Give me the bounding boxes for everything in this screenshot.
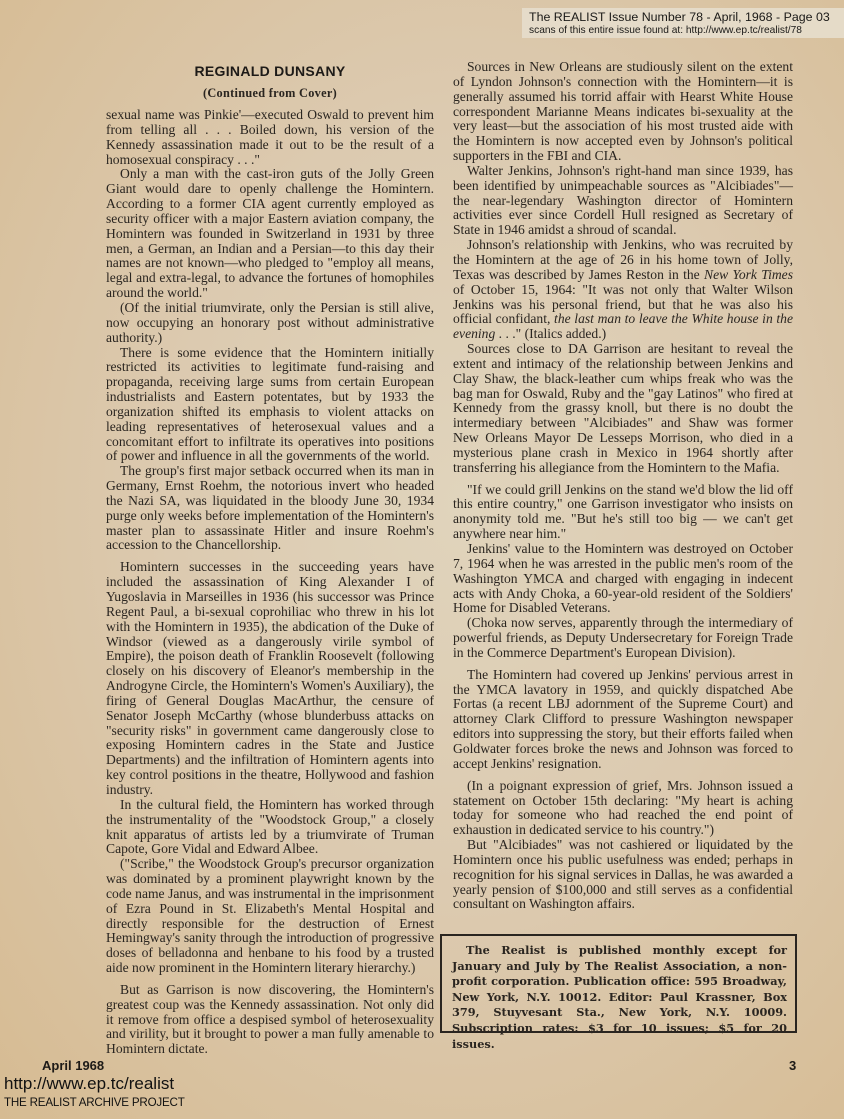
issue-title: The REALIST Issue Number 78 - April, 196… — [529, 10, 830, 24]
footer-date: April 1968 — [42, 1058, 104, 1073]
paragraph: In the cultural field, the Homintern has… — [106, 798, 434, 857]
paragraph: Walter Jenkins, Johnson's right-hand man… — [453, 164, 793, 238]
paragraph: Sources close to DA Garrison are hesitan… — [453, 342, 793, 476]
archive-header-banner: The REALIST Issue Number 78 - April, 196… — [522, 8, 844, 38]
paragraph: Sources in New Orleans are studiously si… — [453, 60, 793, 164]
paragraph: The group's first major setback occurred… — [106, 464, 434, 553]
left-column: sexual name was Pinkie'—executed Oswald … — [106, 108, 434, 1057]
publication-info-text: The Realist is published monthly except … — [452, 943, 787, 1052]
right-column: Sources in New Orleans are studiously si… — [453, 60, 793, 912]
publication-info-box: The Realist is published monthly except … — [440, 934, 797, 1033]
paragraph: "If we could grill Jenkins on the stand … — [453, 483, 793, 542]
paragraph: (Of the initial triumvirate, only the Pe… — [106, 301, 434, 346]
paragraph: There is some evidence that the Hominter… — [106, 346, 434, 465]
paragraph: Johnson's relationship with Jenkins, who… — [453, 238, 793, 342]
paragraph: Homintern successes in the succeeding ye… — [106, 560, 434, 798]
paragraph: sexual name was Pinkie'—executed Oswald … — [106, 108, 434, 167]
paragraph: The Homintern had covered up Jenkins' pe… — [453, 668, 793, 772]
italic-publication: New York Times — [704, 267, 793, 282]
paragraph: Jenkins' value to the Homintern was dest… — [453, 542, 793, 616]
paragraph: ("Scribe," the Woodstock Group's precurs… — [106, 857, 434, 976]
paragraph: (Choka now serves, apparently through th… — [453, 616, 793, 661]
archive-url-link[interactable]: http://www.ep.tc/realist — [4, 1074, 174, 1094]
archive-project-name: THE REALIST ARCHIVE PROJECT — [4, 1096, 185, 1109]
paragraph: Only a man with the cast-iron guts of th… — [106, 167, 434, 301]
continued-note: (Continued from Cover) — [106, 86, 434, 101]
paragraph: (In a poignant expression of grief, Mrs.… — [453, 779, 793, 838]
scan-source-note: scans of this entire issue found at: htt… — [529, 25, 802, 36]
article-byline: REGINALD DUNSANY — [106, 63, 434, 79]
paragraph: But "Alcibiades" was not cashiered or li… — [453, 838, 793, 912]
paragraph: But as Garrison is now discovering, the … — [106, 983, 434, 1057]
